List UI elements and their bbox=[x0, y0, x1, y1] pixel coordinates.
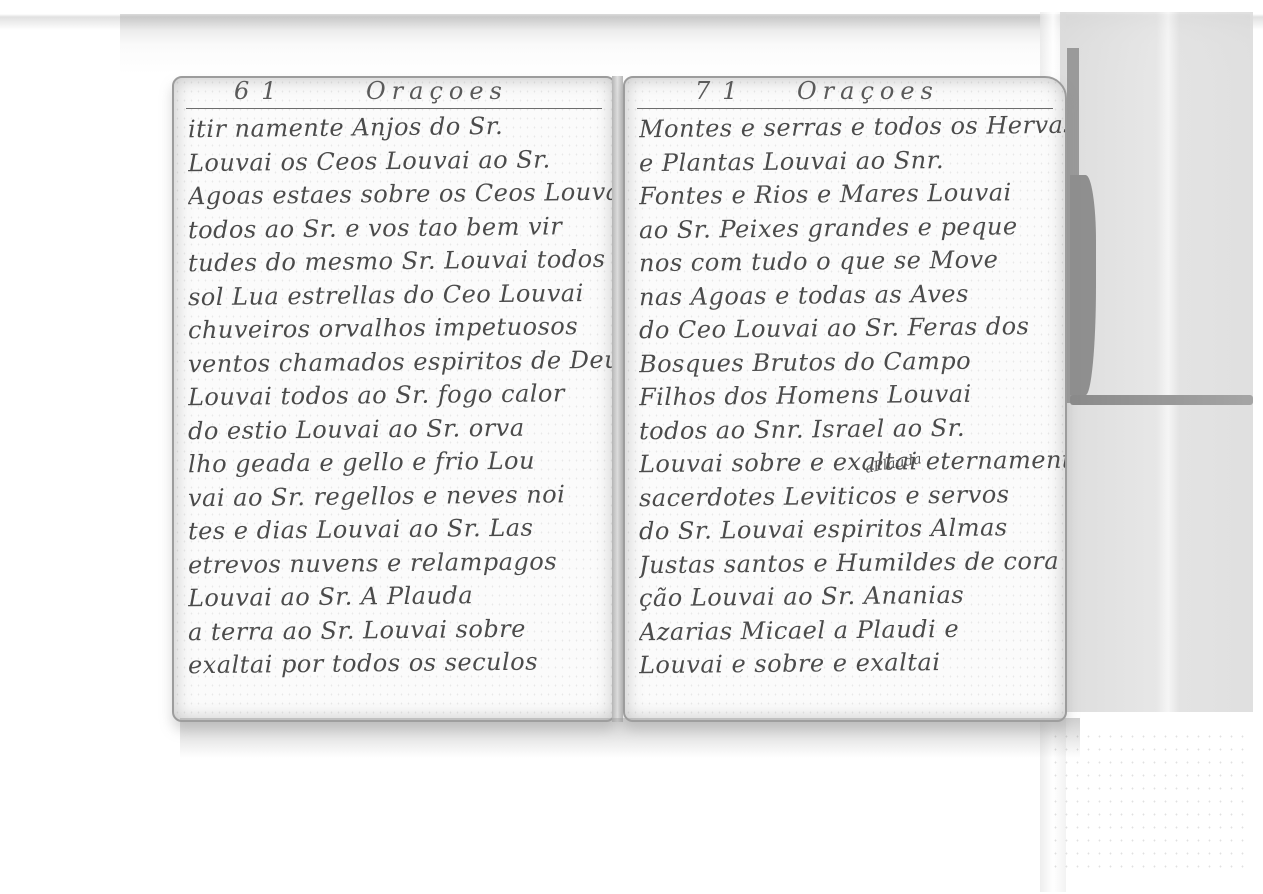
text-line: Louvai e sobre e exaltai bbox=[639, 645, 1065, 683]
text-line: exaltai por todos os seculos bbox=[188, 645, 614, 683]
text-line: Montes e serras e todos os Hervas bbox=[639, 109, 1065, 147]
text-line: Louvai todos ao Sr. fogo calor bbox=[188, 377, 614, 415]
handwritten-text: itir namente Anjos do Sr. Louvai os Ceos… bbox=[174, 109, 614, 681]
scan-noise bbox=[1050, 730, 1250, 870]
text-line: Louvai ao Sr. A Plauda bbox=[188, 578, 614, 616]
page-header: 61 Oraçoes bbox=[186, 78, 602, 109]
text-line: chuveiros orvalhos impetuosos bbox=[188, 310, 614, 348]
running-title: Oraçoes bbox=[797, 76, 939, 106]
manuscript-page-left: 61 Oraçoes itir namente Anjos do Sr. Lou… bbox=[172, 76, 616, 722]
text-line: sol Lua estrellas do Ceo Louvai bbox=[188, 276, 614, 314]
book-edge-shadow bbox=[1070, 395, 1253, 405]
page-number: 71 bbox=[695, 76, 750, 106]
text-line: Bosques Brutos do Campo bbox=[639, 343, 1065, 381]
text-line: todos ao Snr. Israel ao Sr. bbox=[639, 410, 1065, 448]
text-line: itir namente Anjos do Sr. bbox=[188, 109, 614, 147]
scan-shadow-bottom bbox=[180, 718, 1080, 758]
text-line: lho geada e gello e frio Lou bbox=[188, 444, 614, 482]
text-line: e Plantas Louvai ao Snr. bbox=[639, 142, 1065, 180]
text-line: a terra ao Sr. Louvai sobre bbox=[188, 611, 614, 649]
text-line: Azarias Micael a Plaudi e bbox=[639, 611, 1065, 649]
text-line: do Ceo Louvai ao Sr. Feras dos bbox=[639, 310, 1065, 348]
text-line: nos com tudo o que se Move bbox=[639, 243, 1065, 281]
text-line: Louvai os Ceos Louvai ao Sr. bbox=[188, 142, 614, 180]
text-line: tudes do mesmo Sr. Louvai todos bbox=[188, 243, 614, 281]
text-line: Fontes e Rios e Mares Louvai bbox=[639, 176, 1065, 214]
text-line: do estio Louvai ao Sr. orva bbox=[188, 410, 614, 448]
text-line: vai ao Sr. regellos e neves noi bbox=[188, 477, 614, 515]
text-line: Louvai sobre e exaltai eternamente bbox=[639, 444, 1065, 482]
text-line: ventos chamados espiritos de Deus bbox=[188, 343, 614, 381]
book-edge-shadow bbox=[1070, 175, 1096, 395]
scanned-document: 61 Oraçoes itir namente Anjos do Sr. Lou… bbox=[0, 0, 1263, 894]
book-gutter bbox=[612, 76, 623, 722]
manuscript-page-right: 71 Oraçoes Montes e serras e todos os He… bbox=[623, 76, 1067, 722]
text-line: ção Louvai ao Sr. Ananias bbox=[639, 578, 1065, 616]
page-number: 61 bbox=[234, 76, 289, 106]
handwritten-text: Montes e serras e todos os Hervas e Plan… bbox=[625, 109, 1065, 681]
text-line: etrevos nuvens e relampagos bbox=[188, 544, 614, 582]
text-line: ao Sr. Peixes grandes e peque bbox=[639, 209, 1065, 247]
text-line: Justas santos e Humildes de cora bbox=[639, 544, 1065, 582]
text-line: nas Agoas e todas as Aves bbox=[639, 276, 1065, 314]
text-line: Agoas estaes sobre os Ceos Louvai bbox=[188, 176, 614, 214]
running-title: Oraçoes bbox=[366, 76, 508, 106]
text-line: do Sr. Louvai espiritos Almas bbox=[639, 511, 1065, 549]
text-line: sacerdotes Leviticos e servos bbox=[639, 477, 1065, 515]
text-line: todos ao Sr. e vos tao bem vir bbox=[188, 209, 614, 247]
page-header: 71 Oraçoes bbox=[637, 78, 1053, 109]
text-line: Filhos dos Homens Louvai bbox=[639, 377, 1065, 415]
text-line: tes e dias Louvai ao Sr. Las bbox=[188, 511, 614, 549]
